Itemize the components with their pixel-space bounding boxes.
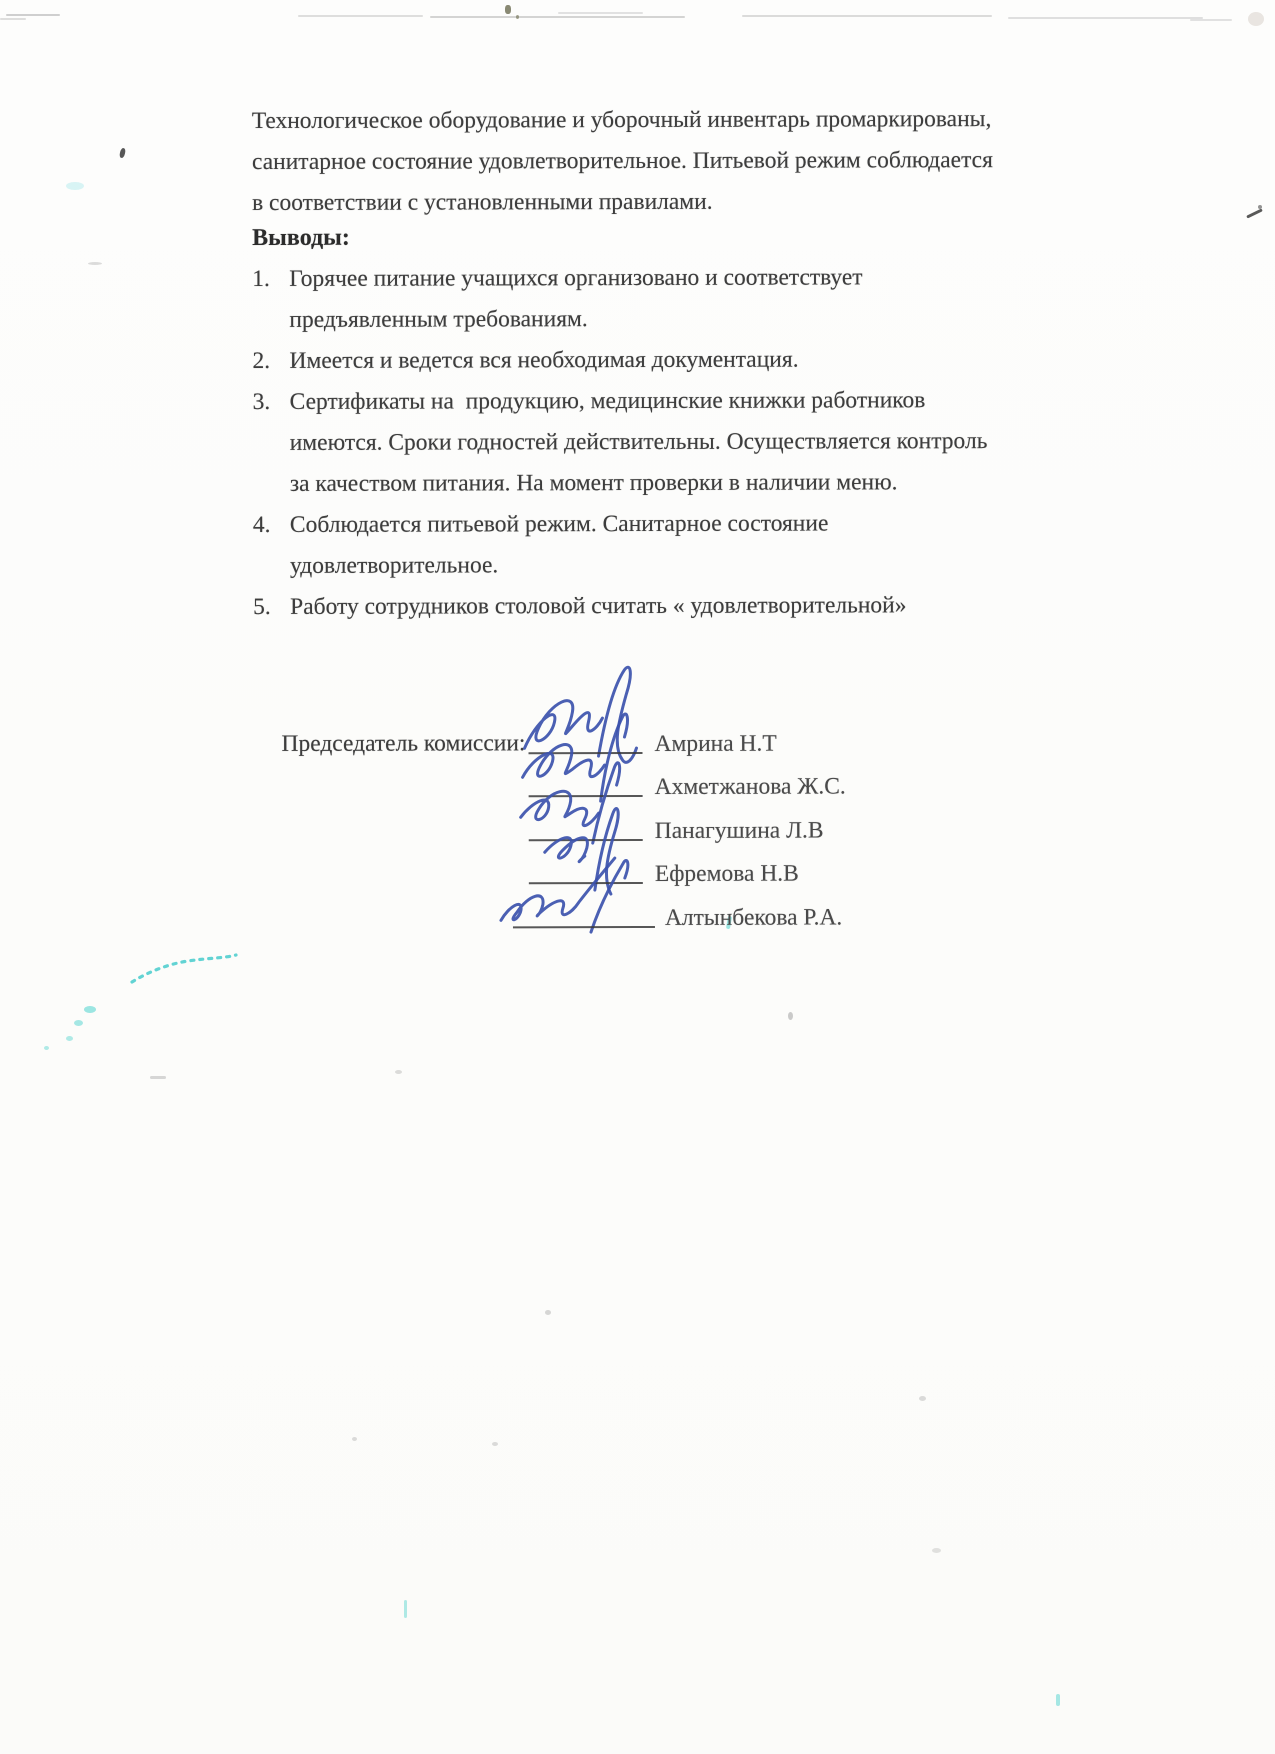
signatory-name: Панагушина Л.В [655,816,824,844]
scan-streak [430,16,685,18]
signature-line [529,795,643,797]
signatory-name: Алтынбекова Р.А. [665,903,842,931]
list-item-text: Горячее питание учащихся организовано и … [289,257,1012,341]
scan-mark-teal [66,1036,73,1041]
list-item-number: 2. [252,341,289,382]
list-item-number: 5. [253,587,290,628]
signatory-name: Ахметжанова Ж.С. [655,772,846,801]
scan-mark-teal [44,1046,49,1050]
signature-line [529,751,643,753]
list-item: 3. Сертификаты на продукцию, медицинские… [253,380,1013,505]
signature-block-label: Председатель комиссии: [281,723,525,765]
scan-mark-teal [1056,1694,1060,1706]
list-item-text: Соблюдается питьевой режим. Санитарное с… [290,503,1013,587]
signature-line [529,838,643,840]
list-item: 1. Горячее питание учащихся организовано… [252,257,1012,341]
scanned-document-page: Технологическое оборудование и уборочный… [0,0,1275,1754]
list-item-text: Сертификаты на продукцию, медицинские кн… [290,380,1013,505]
signature-line [513,925,655,927]
signature-line [529,882,643,884]
scan-speck [1258,205,1262,209]
scan-scribble-teal [128,948,240,990]
handwritten-signature [514,703,664,815]
handwritten-signature [499,833,649,945]
list-item-text: Работу сотрудников столовой считать « уд… [290,585,1013,628]
document-body: Технологическое оборудование и уборочный… [252,99,1014,1018]
scan-speck [932,1548,941,1553]
scan-streak [742,15,992,17]
handwritten-signature [514,746,664,858]
scan-speck [505,5,511,14]
handwritten-signature [515,790,665,902]
list-item: 4. Соблюдается питьевой режим. Санитарно… [253,503,1013,587]
conclusions-list: 1. Горячее питание учащихся организовано… [252,257,1013,628]
scan-speck [119,148,126,159]
scan-speck [545,1310,551,1315]
signature-rows: Амрина Н.Т Ахметжанова Ж.С. [528,714,529,931]
handwritten-signature [514,659,664,771]
scan-speck [150,1076,166,1079]
scan-mark-teal [84,1006,96,1013]
scan-speck [1248,12,1264,26]
scan-speck [395,1070,402,1074]
scan-streak [0,18,26,20]
scan-mark-teal [74,1020,83,1026]
list-item-number: 3. [253,382,290,423]
scan-streak [6,14,60,16]
scan-speck [492,1442,498,1446]
signatory-name: Амрина Н.Т [654,729,776,757]
scan-streak [298,15,423,17]
scan-streak [1190,19,1232,21]
scan-mark-teal [404,1600,407,1618]
list-item: 2. Имеется и ведется вся необходимая док… [252,339,1012,382]
scan-speck [352,1437,357,1441]
scan-streak [1008,17,1203,19]
scan-speck [516,15,519,19]
scan-speck [919,1396,926,1401]
list-item: 5. Работу сотрудников столовой считать «… [253,585,1013,628]
list-item-text: Имеется и ведется вся необходимая докуме… [289,339,1012,382]
scan-speck [88,262,102,265]
list-item-number: 4. [253,505,290,546]
scan-mark-teal [66,182,84,190]
intro-paragraph: Технологическое оборудование и уборочный… [252,99,1007,224]
signature-block: Председатель комиссии: Амрина Н.Т [253,686,1014,1018]
scan-speck [1246,208,1263,218]
signatory-name: Ефремова Н.В [655,860,799,888]
scan-streak [558,12,643,14]
list-item-number: 1. [252,259,289,300]
